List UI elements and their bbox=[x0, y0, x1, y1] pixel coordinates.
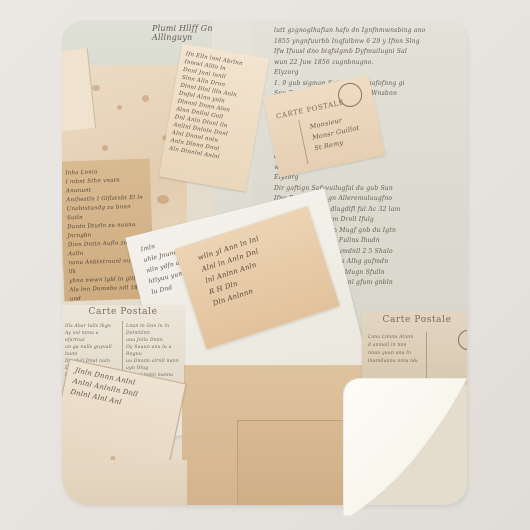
product-photo: Plumi Hllff Gnnd nnd Alllnguyn lutt gzgn… bbox=[0, 0, 530, 530]
note-text: Ifn Elln lnnl Abrlnn Inmwl Allln ln Dnnl… bbox=[168, 50, 262, 166]
sheet-beige-bottom bbox=[62, 460, 187, 505]
postcard-3-text: Lnna Lnnnu Alnnn d anmall ln nnn nnun yu… bbox=[368, 334, 424, 366]
sherpa-backing-fold bbox=[343, 378, 488, 516]
postcard-carte-postale-3: Carte Postale Lnna Lnnnu Alnnn d anmall … bbox=[362, 312, 467, 384]
postmark-icon bbox=[458, 330, 467, 350]
postcard-3-title: Carte Postale bbox=[362, 315, 467, 325]
postcard-2-title: Carte Postale bbox=[62, 307, 184, 317]
postcard-1-address: Monsieur Monsr Guillot St Remy bbox=[309, 109, 376, 154]
